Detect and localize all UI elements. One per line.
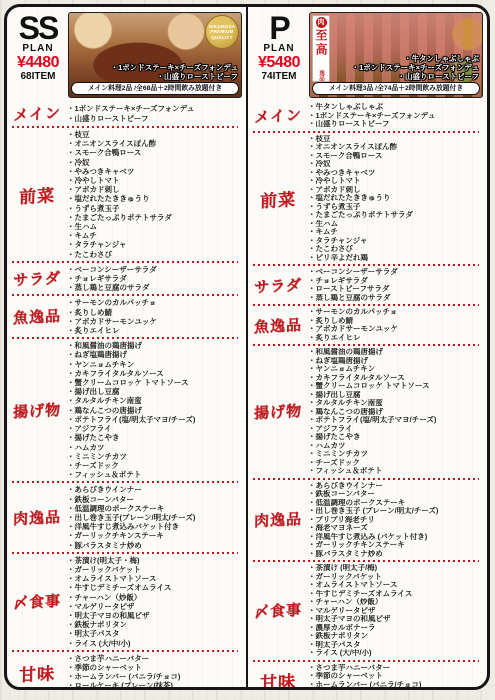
section-label: 甘味	[248, 666, 308, 690]
menu-item: ロールケーキ (プレーン/抹茶)	[67, 681, 243, 690]
menu-item: 蟹クリームコロッケ トマトソース	[308, 382, 484, 391]
menu-item: 山盛りローストビーフ	[308, 120, 484, 129]
section-divider	[12, 337, 238, 339]
menu-item: 揚げたこやき	[308, 433, 484, 442]
menu-item: 蒸し鶏と豆腐のサラダ	[67, 283, 243, 292]
section-label: 前菜	[7, 180, 67, 208]
menu-sections: メイン1ポンドステーキ×チーズフォンデュ山盛りローストビーフ前菜枝豆オニオンスラ…	[7, 101, 246, 690]
menu-item: タラチャンジャ	[67, 240, 243, 249]
menu-item: 鶏なんこつの唐揚げ	[308, 408, 484, 417]
menu-item: タラチャンジャ	[308, 237, 484, 246]
menu-item: ねぎ塩鶏唐揚げ	[308, 357, 484, 366]
menu-item: 豚バラスタミナ炒め	[67, 541, 243, 550]
plan-column-ss: SS PLAN ¥4480 68ITEM NIKUMASA PREMIUM QU…	[7, 7, 248, 687]
section-divider	[253, 560, 479, 562]
menu-item: 明太子パスタ	[67, 629, 243, 638]
menu-item: キムチ	[308, 228, 484, 237]
section-label: メイン	[7, 101, 67, 125]
section-label: サラダ	[248, 273, 308, 297]
menu-item: ホームランバー (バニラ/チョコ)	[308, 681, 484, 690]
section-item-list: 牛タンしゃぶしゃぶ1ポンドステーキ×チーズフォンデュ山盛りローストビーフ	[308, 103, 484, 129]
menu-item: アボカド刺し	[308, 186, 484, 195]
menu-item: ライス (大/中/小)	[308, 649, 484, 658]
section-item-list: ベーコンシーザーサラダチョレギサラダ蒸し鶏と豆腐のサラダ	[67, 265, 243, 293]
menu-item: アジフライ	[308, 425, 484, 434]
menu-item: 枝豆	[308, 135, 484, 144]
menu-item: たまごたっぷりポテトサラダ	[308, 211, 484, 220]
menu-item: 明太子パスタ	[308, 641, 484, 650]
section-item-list: 枝豆オニオンスライスぽん酢スモーク合鴨ロース冷奴やみつきキャベツ冷やしトマトアボ…	[67, 130, 243, 259]
plan-photo-steak: NIKUMASA PREMIUM QUALITY ・1ポンドステーキ×チーズフォ…	[68, 12, 242, 98]
menu-section: 甘味さつま芋ハニーバター季節のシャーベットホームランバー (バニラ/チョコ)ロー…	[7, 653, 243, 690]
menu-item: 牛すじデミチーズオムライス	[308, 590, 484, 599]
menu-section: 肉逸品あらびきウインナー鉄板コーンバター低温調理のポークステーキ出し巻き玉子(プ…	[7, 484, 243, 550]
section-label: 〆食事	[248, 599, 308, 623]
menu-item: アボカドサーモンユッケ	[308, 325, 484, 334]
menu-item: 茶漬け(明太子・梅)	[67, 556, 243, 565]
menu-item: ヤンニョムチキン	[67, 360, 243, 369]
section-label: 揚げ物	[7, 398, 67, 422]
section-divider	[253, 304, 479, 306]
menu-item: たこわさび	[67, 250, 243, 259]
badge-subtitle: 逸品	[318, 70, 324, 81]
plan-column-p: P PLAN ¥5480 74ITEM 肉 至高 逸品 ・牛タンしゃぶしゃぶ・1…	[248, 7, 487, 687]
menu-item: 洋風牛すじ煮込みバケット付き	[67, 522, 243, 531]
menu-item: オニオンスライスぽん酢	[67, 139, 243, 148]
menu-item: タルタルチキン南蛮	[308, 399, 484, 408]
menu-item: あらびきウインナー	[67, 485, 243, 494]
menu-item: チョレギサラダ	[308, 277, 484, 286]
menu-item: あらびきウインナー	[308, 482, 484, 491]
menu-item: 炙りエイヒレ	[67, 326, 243, 335]
menu-item: やみつきキャベツ	[67, 167, 243, 176]
meat-seal-icon: 肉	[316, 17, 327, 28]
menu-section: 魚逸品サーモンのカルパッチョ炙りしめ鯖アボカドサーモンユッケ炙りエイヒレ	[7, 297, 243, 336]
menu-item: 濃厚カルボナーラ	[308, 624, 484, 633]
plan-header-ss: SS PLAN ¥4480 68ITEM NIKUMASA PREMIUM QU…	[7, 7, 246, 101]
section-label: 魚逸品	[7, 305, 67, 329]
section-item-list: あらびきウインナー鉄板コーンバター低温調理のポークステーキ出し巻き玉子(プレーン…	[67, 485, 243, 549]
section-label: メイン	[248, 104, 308, 128]
menu-item: 明太子マヨの和風ピザ	[67, 611, 243, 620]
menu-item: キムチ	[67, 231, 243, 240]
section-divider	[12, 294, 238, 296]
section-divider	[12, 650, 238, 652]
menu-item: 塩だれたたききゅうり	[67, 194, 243, 203]
menu-item: 炙りエイヒレ	[308, 334, 484, 343]
menu-item: 海老マヨネーズ	[308, 524, 484, 533]
section-item-list: 茶漬け (明太子/梅)ガーリックバケットオムライストマトソース牛すじデミチーズオ…	[308, 564, 484, 658]
menu-item: マルゲリータピザ	[67, 602, 243, 611]
menu-item: スモーク合鴨ロース	[67, 148, 243, 157]
menu-item: アボカド刺し	[67, 185, 243, 194]
menu-section: サラダベーコンシーザーサラダチョレギサラダローストビーフサラダ蒸し鶏と豆腐のサラ…	[248, 267, 484, 303]
menu-item: フィッシュ＆ポテト	[67, 470, 243, 479]
menu-section: メイン牛タンしゃぶしゃぶ1ポンドステーキ×チーズフォンデュ山盛りローストビーフ	[248, 102, 484, 130]
menu-item: 生ハム	[67, 222, 243, 231]
menu-item: さつま芋ハニーバター	[308, 664, 484, 673]
menu-item: ロールケーキ (プレーン/抹茶)	[308, 689, 484, 690]
menu-section: メイン1ポンドステーキ×チーズフォンデュ山盛りローストビーフ	[7, 102, 243, 125]
premium-quality-badge: NIKUMASA PREMIUM QUALITY	[205, 15, 239, 49]
menu-item: ガーリックチキンステーキ	[308, 541, 484, 550]
menu-item: ガーリックバケット	[308, 573, 484, 582]
section-divider	[253, 344, 479, 346]
menu-item: ガーリックバケット	[67, 565, 243, 574]
section-item-list: 和風醤油の鶏唐揚げねぎ塩鶏唐揚げヤンニョムチキンカキフライタルタルソース蟹クリー…	[67, 341, 243, 479]
section-label: 魚逸品	[248, 313, 308, 337]
menu-item: 冷やしトマト	[308, 177, 484, 186]
menu-item: 牛タンしゃぶしゃぶ	[308, 103, 484, 112]
menu-item: 明太子マヨの和風ピザ	[308, 615, 484, 624]
menu-item: ハムカツ	[67, 443, 243, 452]
photo-caption: ・1ポンドステーキ×チーズフォンデュ・山盛りローストビーフ	[111, 63, 238, 81]
menu-item: 蒸し鶏と豆腐のサラダ	[308, 294, 484, 303]
menu-item: 炙りしめ鯖	[67, 308, 243, 317]
menu-item: 1ポンドステーキ×チーズフォンデュ	[308, 112, 484, 121]
menu-item: 鉄板コーンバター	[308, 490, 484, 499]
menu-item: サーモンのカルパッチョ	[67, 298, 243, 307]
section-divider	[12, 481, 238, 483]
menu-item: 和風醤油の鶏唐揚げ	[308, 348, 484, 357]
menu-item: ローストビーフサラダ	[308, 285, 484, 294]
menu-item: 冷奴	[67, 158, 243, 167]
menu-section: 甘味さつま芋ハニーバター季節のシャーベットホームランバー (バニラ/チョコ)ロー…	[248, 663, 484, 691]
section-label: 〆食事	[7, 590, 67, 614]
menu-item: アボカドサーモンユッケ	[67, 317, 243, 326]
menu-item: オムライストマトソース	[308, 581, 484, 590]
menu-item: 鉄板コーンバター	[67, 495, 243, 504]
menu-item: 1ポンドステーキ×チーズフォンデュ	[67, 104, 243, 113]
menu-item: ハムカツ	[308, 442, 484, 451]
section-divider	[12, 261, 238, 263]
menu-sheet: SS PLAN ¥4480 68ITEM NIKUMASA PREMIUM QU…	[4, 4, 490, 690]
plan-info: P PLAN ¥5480 74ITEM	[252, 12, 306, 98]
section-item-list: サーモンのカルパッチョ炙りしめ鯖アボカドサーモンユッケ炙りエイヒレ	[308, 308, 484, 342]
menu-item: ライス (大/中/小)	[67, 639, 243, 648]
plan-banner: メイン料理3品 /全74品＋2時間飲み放題付き	[312, 82, 480, 95]
menu-section: サラダベーコンシーザーサラダチョレギサラダ蒸し鶏と豆腐のサラダ	[7, 264, 243, 294]
menu-item: カキフライタルタルソース	[67, 369, 243, 378]
menu-item: 枝豆	[67, 130, 243, 139]
menu-item: 山盛りローストビーフ	[67, 114, 243, 123]
menu-item: 炙りしめ鯖	[308, 317, 484, 326]
menu-item: 鶏なんこつの唐揚げ	[67, 406, 243, 415]
menu-section: 〆食事茶漬け(明太子・梅)ガーリックバケットオムライストマトソース牛すじデミチー…	[7, 555, 243, 649]
plan-header-p: P PLAN ¥5480 74ITEM 肉 至高 逸品 ・牛タンしゃぶしゃぶ・1…	[248, 7, 487, 101]
menu-item: 鉄板ナポリタン	[67, 620, 243, 629]
menu-item: うずら煮玉子	[308, 203, 484, 212]
menu-item: プリプリ海老チリ	[308, 516, 484, 525]
section-item-list: サーモンのカルパッチョ炙りしめ鯖アボカドサーモンユッケ炙りエイヒレ	[67, 298, 243, 335]
plan-item-count: 68ITEM	[11, 71, 65, 83]
menu-item: 洋風牛すじ煮込み (バケット付き)	[308, 533, 484, 542]
section-item-list: あらびきウインナー鉄板コーンバター低温調理のポークステーキ出し巻き玉子 (プレー…	[308, 482, 484, 559]
menu-item: 塩だれたたききゅうり	[308, 194, 484, 203]
photo-caption: ・牛タンしゃぶしゃぶ・1ポンドステーキ×チーズフォンデュ・山盛りローストビーフ	[352, 54, 479, 81]
plan-item-count: 74ITEM	[252, 71, 306, 83]
menu-item: サーモンのカルパッチョ	[308, 308, 484, 317]
menu-item: カキフライタルタルソース	[308, 374, 484, 383]
menu-item: 揚げ出し豆腐	[308, 391, 484, 400]
menu-item: 生ハム	[308, 220, 484, 229]
menu-item: 冷やしトマト	[67, 176, 243, 185]
section-item-list: さつま芋ハニーバター季節のシャーベットホームランバー (バニラ/チョコ)ロールケ…	[67, 654, 243, 690]
menu-item: 豚バラスタミナ炒め	[308, 550, 484, 559]
menu-sections: メイン牛タンしゃぶしゃぶ1ポンドステーキ×チーズフォンデュ山盛りローストビーフ前…	[248, 101, 487, 690]
menu-item: やみつきキャベツ	[308, 169, 484, 178]
menu-item: 揚げ出し豆腐	[67, 387, 243, 396]
section-label: 前菜	[248, 184, 308, 212]
plan-code: SS	[11, 13, 65, 43]
section-divider	[12, 552, 238, 554]
plan-photo-beef-tongue: 肉 至高 逸品 ・牛タンしゃぶしゃぶ・1ポンドステーキ×チーズフォンデュ・山盛り…	[309, 12, 483, 98]
menu-item: 低温調理のポークステーキ	[308, 499, 484, 508]
menu-item: ねぎ塩鶏唐揚げ	[67, 350, 243, 359]
menu-item: ミニミンチカツ	[308, 450, 484, 459]
menu-section: 前菜枝豆オニオンスライスぽん酢スモーク合鴨ロース冷奴やみつきキャベツ冷やしトマト…	[248, 134, 484, 264]
section-item-list: さつま芋ハニーバター季節のシャーベットホームランバー (バニラ/チョコ)ロールケ…	[308, 664, 484, 691]
menu-item: チャーハン（炒飯）	[67, 593, 243, 602]
menu-item: スモーク合鴨ロース	[308, 152, 484, 161]
section-label: 揚げ物	[248, 400, 308, 424]
plan-code: P	[252, 13, 306, 43]
section-label: 肉逸品	[7, 505, 67, 529]
badge-line: QUALITY	[211, 35, 233, 41]
menu-item: たこわさび	[308, 245, 484, 254]
plan-price: ¥4480	[11, 54, 65, 71]
menu-item: 季節のシャーベット	[308, 672, 484, 681]
section-item-list: 茶漬け(明太子・梅)ガーリックバケットオムライストマトソース牛すじデミチーズオム…	[67, 556, 243, 648]
menu-item: アジフライ	[67, 424, 243, 433]
badge-title: 至高	[314, 29, 328, 69]
menu-item: 茶漬け (明太子/梅)	[308, 564, 484, 573]
menu-item: 出し巻き玉子 (プレーン/明太/チーズ)	[308, 507, 484, 516]
menu-item: ピリ辛よだれ鶏	[308, 254, 484, 263]
caption-line: ・牛タンしゃぶしゃぶ	[352, 54, 479, 63]
menu-section: 魚逸品サーモンのカルパッチョ炙りしめ鯖アボカドサーモンユッケ炙りエイヒレ	[248, 307, 484, 343]
menu-item: チョレギサラダ	[67, 274, 243, 283]
menu-item: 低温調理のポークステーキ	[67, 504, 243, 513]
menu-section: 肉逸品あらびきウインナー鉄板コーンバター低温調理のポークステーキ出し巻き玉子 (…	[248, 481, 484, 560]
caption-line: ・1ポンドステーキ×チーズフォンデュ	[352, 63, 479, 72]
menu-item: ミニミンチカツ	[67, 452, 243, 461]
menu-item: 牛すじデミチーズオムライス	[67, 583, 243, 592]
plan-word: PLAN	[252, 43, 306, 54]
plan-price: ¥5480	[252, 54, 306, 71]
menu-item: ベーコンシーザーサラダ	[67, 265, 243, 274]
section-divider	[253, 264, 479, 266]
menu-item: 蟹クリームコロッケ トマトソース	[67, 378, 243, 387]
menu-item: チーズドック	[308, 459, 484, 468]
caption-line: ・山盛りローストビーフ	[111, 72, 238, 81]
menu-item: ガーリックチキンステーキ	[67, 531, 243, 540]
plan-info: SS PLAN ¥4480 68ITEM	[11, 12, 65, 98]
menu-item: 季節のシャーベット	[67, 663, 243, 672]
menu-item: 揚げたこやき	[67, 433, 243, 442]
menu-item: ベーコンシーザーサラダ	[308, 268, 484, 277]
menu-item: うずら煮玉子	[67, 204, 243, 213]
section-divider	[12, 126, 238, 128]
supreme-badge: 肉 至高 逸品	[312, 15, 330, 82]
menu-item: チャーハン（炒飯）	[308, 598, 484, 607]
section-label: サラダ	[7, 267, 67, 291]
plan-banner: メイン料理2品 /全68品＋2時間飲み放題付き	[71, 82, 239, 95]
section-item-list: ベーコンシーザーサラダチョレギサラダローストビーフサラダ蒸し鶏と豆腐のサラダ	[308, 268, 484, 302]
menu-item: 冷奴	[308, 160, 484, 169]
caption-line: ・山盛りローストビーフ	[352, 72, 479, 81]
menu-section: 揚げ物和風醤油の鶏唐揚げねぎ塩鶏唐揚げヤンニョムチキンカキフライタルタルソース蟹…	[248, 347, 484, 477]
menu-item: フィッシュ＆ポテト	[308, 467, 484, 476]
menu-item: オムライストマトソース	[67, 574, 243, 583]
menu-item: ポテトフライ(塩/明太子マヨ/チーズ)	[308, 416, 484, 425]
menu-item: タルタルチキン南蛮	[67, 396, 243, 405]
menu-item: たまごたっぷりポテトサラダ	[67, 213, 243, 222]
menu-item: ホームランバー (バニラ/チョコ)	[67, 672, 243, 681]
menu-item: チーズドック	[67, 461, 243, 470]
caption-line: ・1ポンドステーキ×チーズフォンデュ	[111, 63, 238, 72]
menu-item: 出し巻き玉子(プレーン/明太/チーズ)	[67, 513, 243, 522]
section-divider	[253, 660, 479, 662]
section-label: 甘味	[7, 658, 67, 686]
section-item-list: 和風醤油の鶏唐揚げねぎ塩鶏唐揚げヤンニョムチキンカキフライタルタルソース蟹クリー…	[308, 348, 484, 476]
menu-section: 揚げ物和風醤油の鶏唐揚げねぎ塩鶏唐揚げヤンニョムチキンカキフライタルタルソース蟹…	[7, 340, 243, 480]
menu-item: ヤンニョムチキン	[308, 365, 484, 374]
menu-item: マルゲリータピザ	[308, 607, 484, 616]
menu-item: 和風醤油の鶏唐揚げ	[67, 341, 243, 350]
menu-section: 〆食事茶漬け (明太子/梅)ガーリックバケットオムライストマトソース牛すじデミチ…	[248, 563, 484, 659]
section-label: 肉逸品	[248, 508, 308, 532]
section-item-list: 1ポンドステーキ×チーズフォンデュ山盛りローストビーフ	[67, 104, 243, 122]
menu-item: オニオンスライスぽん酢	[308, 143, 484, 152]
menu-section: 前菜枝豆オニオンスライスぽん酢スモーク合鴨ロース冷奴やみつきキャベツ冷やしトマト…	[7, 129, 243, 260]
menu-item: さつま芋ハニーバター	[67, 654, 243, 663]
menu-item: 鉄板ナポリタン	[308, 632, 484, 641]
section-divider	[253, 131, 479, 133]
section-item-list: 枝豆オニオンスライスぽん酢スモーク合鴨ロース冷奴やみつきキャベツ冷やしトマトアボ…	[308, 135, 484, 263]
menu-item: ポテトフライ(塩/明太子マヨ/チーズ)	[67, 415, 243, 424]
section-divider	[253, 478, 479, 480]
